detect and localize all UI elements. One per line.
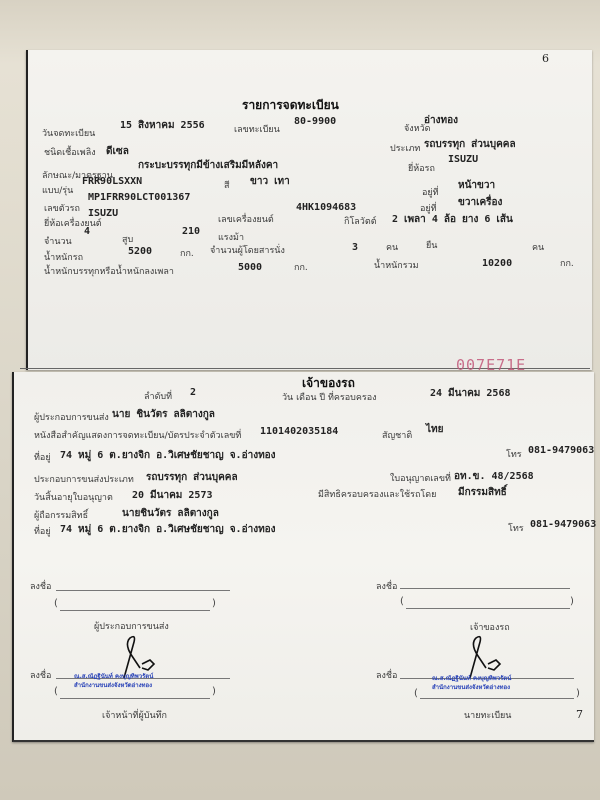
total-weight-unit: กก. xyxy=(560,256,574,270)
nationality-label: สัญชาติ xyxy=(382,428,412,442)
owner-name-line xyxy=(406,608,570,609)
possession-right: มีกรรมสิทธิ์ xyxy=(458,485,507,500)
seats: 3 xyxy=(352,242,358,253)
phone: 081-9479063 xyxy=(528,445,594,456)
fuel-label: ชนิดเชื้อเพลิง xyxy=(44,145,96,159)
province: อ่างทอง xyxy=(424,113,458,128)
chassis-location: หน้าขวา xyxy=(458,178,495,193)
address: 74 หมู่ 6 ต.ยางจิก อ.วิเศษชัยชาญ จ.อ่างท… xyxy=(60,448,276,463)
owner-sign-label: ลงชื่อ xyxy=(376,579,397,593)
phone-label: โทร xyxy=(506,447,522,461)
chassis-location-label: อยู่ที่ xyxy=(422,185,439,199)
load-weight-label: น้ำหนักบรรทุกหรือน้ำหนักลงเพลา xyxy=(44,264,174,278)
horsepower: 210 xyxy=(182,226,200,237)
seats-unit: คน xyxy=(386,240,398,254)
model: FRR90LSXXN xyxy=(82,176,142,187)
page-number: 7 xyxy=(576,708,583,721)
fuel-type: ดีเซล xyxy=(106,144,129,159)
total-weight: 10200 xyxy=(482,258,512,269)
recorder-sign-label: ลงชื่อ xyxy=(30,668,51,682)
possession-right-label: มีสิทธิครอบครองและใช้รถโดย xyxy=(318,487,436,501)
transport-type: รถบรรทุก ส่วนบุคคล xyxy=(146,470,238,485)
id-document-label: หนังสือสำคัญแสดงการจดทะเบียน/บัตรประจำตั… xyxy=(34,428,241,442)
cylinders-unit: สูบ xyxy=(122,232,133,246)
nationality: ไทย xyxy=(426,422,443,437)
seats-label: จำนวนผู้โดยสารนั่ง xyxy=(210,243,285,257)
stamp-line-1: ณ.ส.ณัฏฐินันท์ คงบุญทิพวรัตน์ xyxy=(432,674,511,683)
chassis-label: เลขตัวรถ xyxy=(44,201,80,215)
page-number: 6 xyxy=(542,52,549,65)
operator-label: ผู้ประกอบการขนส่ง xyxy=(34,410,109,424)
sequence-label: ลำดับที่ xyxy=(144,389,172,403)
recorder-name-line xyxy=(60,698,210,699)
registrar-stamp: ณ.ส.ณัฏฐินันท์ คงบุญทิพวรัตน์ สำนักงานขน… xyxy=(432,674,511,692)
owner-name: นายชินวัตร ลลิตางกูล xyxy=(122,506,219,521)
load-weight-unit: กก. xyxy=(294,260,308,274)
color-label: สี xyxy=(224,178,230,192)
recorder-role: เจ้าหน้าที่ผู้บันทึก xyxy=(102,708,167,722)
type-label: ประเภท xyxy=(390,141,420,155)
axle-label: กิโลวัตต์ xyxy=(344,214,377,228)
stamp-line-1: ณ.ส.ณัฏฐินันท์ คงบุญทิพวรัตน์ xyxy=(74,672,153,681)
operator-name: นาย ชินวัตร ลลิตางกูล xyxy=(112,407,215,422)
operator-sign-label: ลงชื่อ xyxy=(30,579,51,593)
registrar-sign-label: ลงชื่อ xyxy=(376,668,397,682)
recorder-stamp: ณ.ส.ณัฏฐินันท์ คงบุญทิพวรัตน์ สำนักงานขน… xyxy=(74,672,153,690)
brand: ISUZU xyxy=(448,154,478,165)
axle-info: 2 เพลา 4 ล้อ ยาง 6 เส้น xyxy=(392,212,513,227)
plate-label: เลขทะเบียน xyxy=(234,122,280,136)
vehicle-owner-page: เจ้าของรถ ลำดับที่ 2 วัน เดือน ปี ที่ครอ… xyxy=(12,372,594,742)
license-expiry: 20 มีนาคม 2573 xyxy=(132,488,213,503)
registrar-role: นายทะเบียน xyxy=(464,708,511,722)
engine-location: ขวาเครื่อง xyxy=(458,195,502,210)
engine-number: 4HK1094683 xyxy=(296,202,356,213)
brand-label: ยี่ห้อรถ xyxy=(408,161,435,175)
license-number-label: ใบอนุญาตเลขที่ xyxy=(390,471,451,485)
transport-type-label: ประกอบการขนส่งประเภท xyxy=(34,472,134,486)
owner-label: ผู้ถือกรรมสิทธิ์ xyxy=(34,508,88,522)
stamp-line-2: สำนักงานขนส่งจังหวัดอ่างทอง xyxy=(432,683,511,692)
model-label: แบบ/รุ่น xyxy=(42,183,73,197)
engine-brand: ISUZU xyxy=(88,208,118,219)
vehicle-weight-unit: กก. xyxy=(180,246,194,260)
registration-details-page: 6 รายการจดทะเบียน วันจดทะเบียน 15 สิงหาค… xyxy=(26,50,592,370)
total-weight-label: น้ำหนักรวม xyxy=(374,258,419,272)
operator-name-line xyxy=(60,610,210,611)
sequence-number: 2 xyxy=(190,387,196,398)
count-label: จำนวน xyxy=(44,234,72,248)
engine-number-label: เลขเครื่องยนต์ xyxy=(218,212,274,226)
plate-number: 80-9900 xyxy=(294,116,336,127)
id-number: 1101402035184 xyxy=(260,426,338,437)
registration-date-label: วันจดทะเบียน xyxy=(42,126,95,140)
standing-label: ยืน xyxy=(426,238,437,252)
license-number: อท.ข. 48/2568 xyxy=(454,469,534,484)
stamp-line-2: สำนักงานขนส่งจังหวัดอ่างทอง xyxy=(74,681,153,690)
load-weight: 5000 xyxy=(238,262,262,273)
owner-address-label: ที่อยู่ xyxy=(34,524,51,538)
vehicle-weight: 5200 xyxy=(128,246,152,257)
owner-signature-line xyxy=(400,588,570,589)
operator-role: ผู้ประกอบการขนส่ง xyxy=(94,619,169,633)
cylinders: 4 xyxy=(84,226,90,237)
owner-phone-label: โทร xyxy=(508,521,524,535)
vehicle-color: ขาว เทา xyxy=(250,174,290,189)
page-title: รายการจดทะเบียน xyxy=(242,96,339,115)
horsepower-unit: แรงม้า xyxy=(218,230,244,244)
registrar-name-line xyxy=(420,698,574,699)
operator-signature-line xyxy=(56,590,230,591)
registration-date: 15 สิงหาคม 2556 xyxy=(120,118,205,133)
address-label: ที่อยู่ xyxy=(34,450,51,464)
chassis-number: MP1FRR90LCT001367 xyxy=(88,192,190,203)
owner-phone: 081-9479063 xyxy=(530,519,596,530)
owner-address: 74 หมู่ 6 ต.ยางจิก อ.วิเศษชัยชาญ จ.อ่างท… xyxy=(60,522,276,537)
standing-unit: คน xyxy=(532,240,544,254)
vehicle-type: รถบรรทุก ส่วนบุคคล xyxy=(424,137,516,152)
owner-role: เจ้าของรถ xyxy=(470,620,510,634)
possession-date: 24 มีนาคม 2568 xyxy=(430,386,511,401)
body-style: กระบะบรรทุกมีข้างเสริมมีหลังคา xyxy=(138,158,278,173)
license-expiry-label: วันสิ้นอายุใบอนุญาต xyxy=(34,490,113,504)
vehicle-weight-label: น้ำหนักรถ xyxy=(44,250,83,264)
possession-date-label: วัน เดือน ปี ที่ครอบครอง xyxy=(282,390,377,404)
